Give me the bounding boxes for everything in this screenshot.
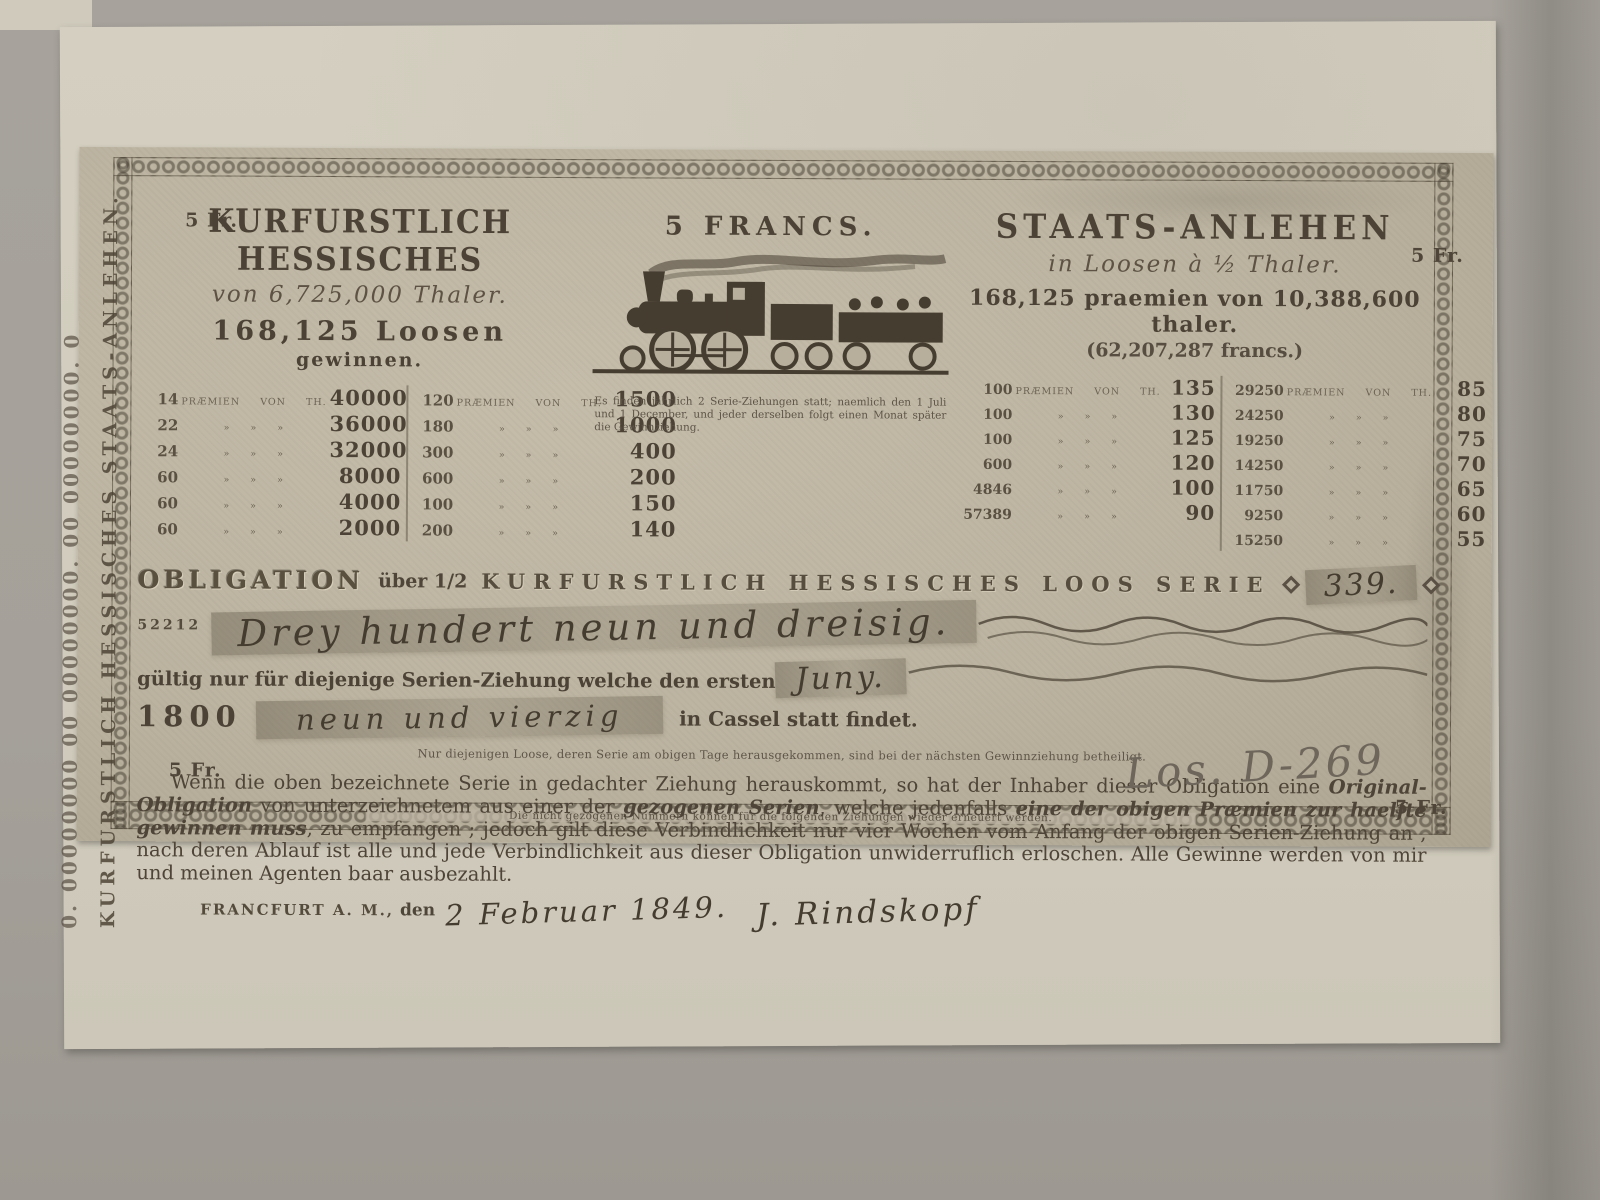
table-row: 11750 » » » 65 xyxy=(1227,476,1486,502)
table-row: 100 PRÆMIEN VON TH. 135 xyxy=(960,375,1215,401)
signature-handwritten: J. Rindskopf xyxy=(755,891,979,934)
obligation-line: OBLIGATION über 1/2 KURFURSTLICH HESSISC… xyxy=(138,562,1428,603)
photo-of-certificate: { "colors":{"background":"#a5a19a","back… xyxy=(0,0,1600,1200)
premium-label: » » » xyxy=(1283,462,1434,474)
premium-value: 40000 xyxy=(330,385,402,410)
table-row: 22 » » » 36000 xyxy=(138,410,401,437)
den-text: den xyxy=(400,900,435,920)
right-premium-table: 100 PRÆMIEN VON TH. 135 100 » » » 130 xyxy=(960,375,1429,552)
premium-count: 120 xyxy=(414,391,454,409)
table-row: 15250 » » » 55 xyxy=(1227,526,1486,552)
premium-value: 36000 xyxy=(330,411,402,436)
premium-label: » » » xyxy=(178,526,329,538)
premium-label: » » » xyxy=(178,474,329,486)
premium-count: 15250 xyxy=(1227,533,1283,549)
premium-label: PRÆMIEN VON TH. xyxy=(1012,386,1163,398)
ornate-border-top xyxy=(113,157,1453,182)
premium-value: 4000 xyxy=(329,489,401,514)
premium-value: 55 xyxy=(1434,527,1486,551)
premium-column-4: 29250 PRÆMIEN VON TH. 85 24250 » » » 80 xyxy=(1220,376,1487,552)
premium-label: » » » xyxy=(1012,411,1163,423)
premium-label: » » » xyxy=(1012,486,1163,498)
date-handwritten: 2 Februar 1849. xyxy=(445,890,729,933)
series-number-handwritten: 339. xyxy=(1305,565,1417,605)
terms-segment: , welche jedenfalls xyxy=(820,796,1016,820)
year-printed: 1800 xyxy=(137,699,242,733)
table-row: 4846 » » » 100 xyxy=(960,475,1215,501)
title-right: STAATS-ANLEHEN xyxy=(961,207,1429,248)
subtitle-right-script: in Loosen à ½ Thaler. xyxy=(961,251,1429,279)
premium-count: 600 xyxy=(960,457,1012,473)
photo-shadow xyxy=(1490,0,1600,1200)
premium-count: 57389 xyxy=(960,507,1012,523)
premium-value: 80 xyxy=(1435,402,1487,426)
ornament-diamond-icon xyxy=(1422,576,1440,594)
terms-segment-italic: gezogenen Serien xyxy=(623,795,820,819)
series-words-handwritten: Drey hundert neun und dreisig. xyxy=(211,599,977,655)
premium-label: » » » xyxy=(1283,537,1434,549)
premium-value: 60 xyxy=(1434,502,1486,526)
ornament-diamond-icon xyxy=(1282,576,1300,594)
table-row: 60 » » » 8000 xyxy=(138,462,401,489)
premium-value: 125 xyxy=(1163,426,1215,450)
premium-column-1: 14 PRÆMIEN VON TH. 40000 22 » » » 36000 xyxy=(138,384,402,541)
premium-value: 2000 xyxy=(329,515,401,540)
table-row: 100 » » » 125 xyxy=(960,425,1215,451)
praemien-total-line: 168,125 praemien von 10,388,600 thaler. xyxy=(961,285,1429,339)
subtitle-left-script: von 6,725,000 Thaler. xyxy=(139,281,581,309)
flourish-line xyxy=(976,612,1428,648)
certificate: Die nicht gezogenen Nummern können für d… xyxy=(76,147,1493,847)
table-row: 60 » » » 4000 xyxy=(138,488,401,515)
premium-label: » » » xyxy=(1012,461,1163,473)
year-line: 1800 neun und vierzig in Cassel statt fi… xyxy=(137,697,1427,741)
cassel-text: in Cassel statt findet. xyxy=(679,707,918,732)
premium-label: » » » xyxy=(1283,437,1434,449)
premium-value: 120 xyxy=(1163,451,1215,475)
premium-label: PRÆMIEN VON TH. xyxy=(1284,387,1435,399)
premium-count: 60 xyxy=(138,494,178,512)
header-right-column: STAATS-ANLEHEN in Loosen à ½ Thaler. 168… xyxy=(960,209,1429,552)
premium-count: 19250 xyxy=(1227,433,1283,449)
premium-label: PRÆMIEN VON TH. xyxy=(178,396,329,408)
year-words-handwritten: neun und vierzig xyxy=(256,696,664,739)
series-words-line: 52212 Drey hundert neun und dreisig. xyxy=(137,599,1427,657)
premium-label: » » » xyxy=(178,500,329,512)
left-premium-table: 14 PRÆMIEN VON TH. 40000 22 » » » 36000 xyxy=(138,384,581,542)
header-left-column: KURFURSTLICH HESSISCHES von 6,725,000 Th… xyxy=(138,205,581,548)
premium-label: » » » xyxy=(1283,487,1434,499)
premium-value: 100 xyxy=(1163,476,1215,500)
premium-label: » » » xyxy=(1283,512,1434,524)
premium-count: 100 xyxy=(960,382,1012,398)
premium-value: 90 xyxy=(1163,501,1215,525)
premium-label: » » » xyxy=(1284,412,1435,424)
premium-count: 100 xyxy=(960,432,1012,448)
title-left: KURFURSTLICH HESSISCHES xyxy=(139,202,581,280)
premium-count: 300 xyxy=(413,443,453,461)
premium-count: 180 xyxy=(414,417,454,435)
table-row: 57389 » » » 90 xyxy=(960,500,1215,526)
table-row: 19250 » » » 75 xyxy=(1227,426,1486,452)
premium-count: 24 xyxy=(138,442,178,460)
premium-value: 8000 xyxy=(329,463,401,488)
backing-paper-corner xyxy=(0,0,92,30)
premium-label: » » » xyxy=(1012,436,1163,448)
table-row: 24250 » » » 80 xyxy=(1228,401,1487,427)
premium-count: 600 xyxy=(413,469,453,487)
table-row: 14250 » » » 70 xyxy=(1227,451,1486,477)
francs-total-line: (62,207,287 francs.) xyxy=(961,339,1429,363)
drawings-schedule-note: Es finden jährlich 2 Serie-Ziehungen sta… xyxy=(594,395,946,436)
certificate-content: KURFURSTLICH HESSISCHES von 6,725,000 Th… xyxy=(137,181,1430,807)
premium-column-3: 100 PRÆMIEN VON TH. 135 100 » » » 130 xyxy=(960,375,1216,551)
obligation-word: OBLIGATION xyxy=(138,565,365,595)
signature-line: FRANCFURT A. M., den 2 Februar 1849. J. … xyxy=(136,891,1426,933)
header-row: KURFURSTLICH HESSISCHES von 6,725,000 Th… xyxy=(138,205,1429,552)
premium-label: » » » xyxy=(1012,511,1163,523)
table-row: 9250 » » » 60 xyxy=(1227,501,1486,527)
series-number-field: 339. xyxy=(1284,567,1437,603)
premium-count: 60 xyxy=(138,520,178,538)
locomotive-engraving xyxy=(580,243,961,397)
premium-value: 65 xyxy=(1435,477,1487,501)
gewinnen-line: gewinnen. xyxy=(139,348,581,372)
premium-value: 130 xyxy=(1164,401,1216,425)
premium-count: 14250 xyxy=(1227,458,1283,474)
premium-count: 60 xyxy=(138,468,178,486)
loos-number: 52212 xyxy=(137,617,201,633)
table-row: 14 PRÆMIEN VON TH. 40000 xyxy=(138,384,401,411)
table-row: 600 » » » 120 xyxy=(960,450,1215,476)
month-handwritten: Juny. xyxy=(775,658,907,698)
city-text: FRANCFURT A. M., xyxy=(200,901,394,920)
premium-label: » » » xyxy=(178,422,329,434)
premium-value: 85 xyxy=(1435,377,1487,401)
flourish-line xyxy=(906,655,1427,691)
premium-value: 75 xyxy=(1435,427,1487,451)
left-margin-vertical-text: KURFURSTLICH HESSISCHES STAATS-ANLEHEN. xyxy=(97,328,122,928)
validity-line: gültig nur für diejenige Serien-Ziehung … xyxy=(137,651,1427,699)
table-row: 29250 PRÆMIEN VON TH. 85 xyxy=(1228,376,1487,402)
premium-count: 9250 xyxy=(1227,508,1283,524)
terms-segment: von unterzeichnetem aus einer der xyxy=(252,793,623,818)
premium-count: 29250 xyxy=(1228,383,1284,399)
table-row: 60 » » » 2000 xyxy=(138,514,401,541)
table-row: 100 » » » 130 xyxy=(960,400,1215,426)
obligation-series-title: KURFURSTLICH HESSISCHES LOOS SERIE xyxy=(481,569,1270,597)
premium-count: 4846 xyxy=(960,482,1012,498)
premium-count: 100 xyxy=(960,407,1012,423)
premium-count: 22 xyxy=(138,416,178,434)
validity-text: gültig nur für diejenige Serien-Ziehung … xyxy=(137,667,775,693)
right-margin-serial-numbers: 0. 00000000 00 00000000. 00 00000000. 0 xyxy=(57,369,83,929)
obligation-fraction: über 1/2 xyxy=(378,570,467,592)
premium-count: 14 xyxy=(138,390,178,408)
premium-count: 100 xyxy=(413,495,453,513)
premium-label: » » » xyxy=(178,448,329,460)
premium-count: 24250 xyxy=(1228,408,1284,424)
premium-count: 200 xyxy=(413,521,453,539)
table-row: 24 » » » 32000 xyxy=(138,436,401,463)
premium-value: 32000 xyxy=(329,437,401,462)
header-center-column: 5 FRANCS. xyxy=(580,207,961,550)
terms-segment: , zu empfangen ; jedoch gilt diese Verbi… xyxy=(136,817,1426,887)
loosen-line: 168,125 Loosen xyxy=(139,315,581,348)
premium-value: 70 xyxy=(1435,452,1487,476)
premium-value: 135 xyxy=(1164,376,1216,400)
title-center: 5 FRANCS. xyxy=(581,211,961,243)
premium-count: 11750 xyxy=(1227,483,1283,499)
